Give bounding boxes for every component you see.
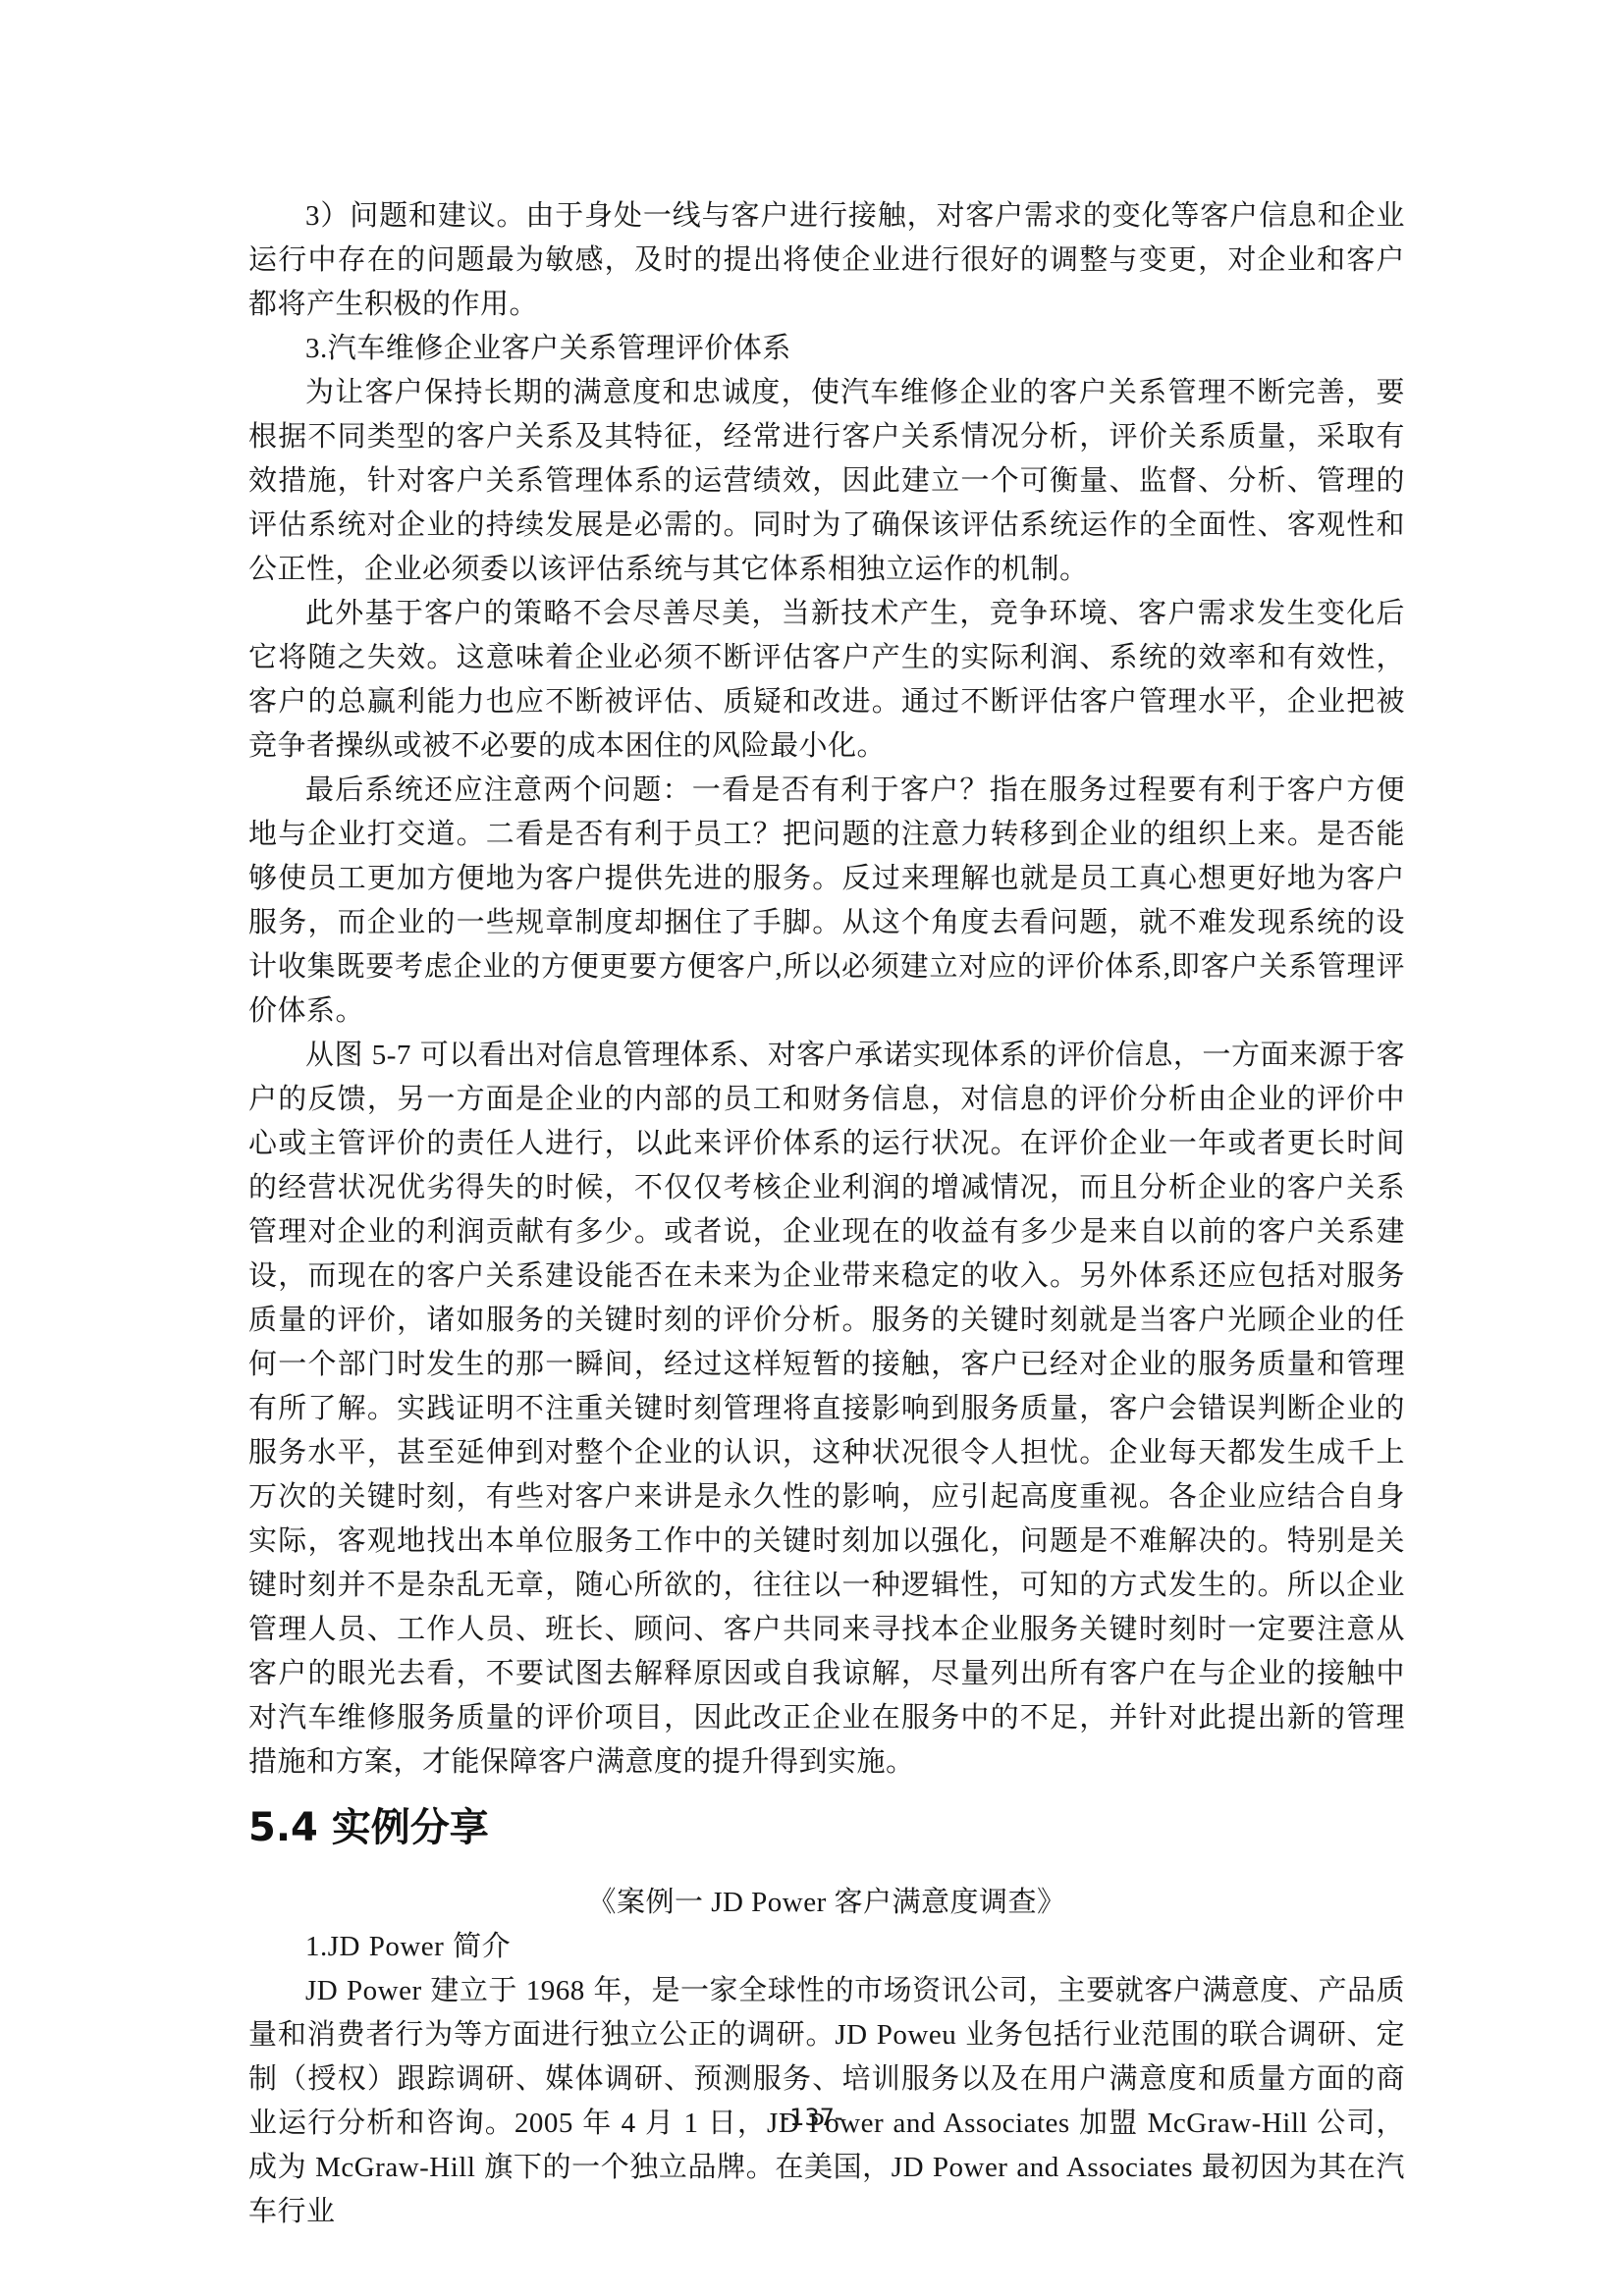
body-paragraph: 从图 5-7 可以看出对信息管理体系、对客户承诺实现体系的评价信息，一方面来源于… bbox=[248, 1034, 1405, 1785]
body-paragraph: 此外基于客户的策略不会尽善尽美，当新技术产生，竞争环境、客户需求发生变化后它将随… bbox=[248, 592, 1405, 769]
section-heading: 5.4 实例分享 bbox=[248, 1804, 1405, 1851]
body-paragraph: 最后系统还应注意两个问题：一看是否有利于客户？指在服务过程要有利于客户方便地与企… bbox=[248, 769, 1405, 1034]
case-paragraph: JD Power 建立于 1968 年，是一家全球性的市场资讯公司，主要就客户满… bbox=[248, 1969, 1405, 2234]
page-content: 3）问题和建议。由于身处一线与客户进行接触，对客户需求的变化等客户信息和企业运行… bbox=[248, 194, 1405, 2234]
case-study-title: 《案例一 JD Power 客户满意度调查》 bbox=[248, 1881, 1405, 1925]
case-intro-heading: 1.JD Power 简介 bbox=[248, 1925, 1405, 1969]
document-page: 3）问题和建议。由于身处一线与客户进行接触，对客户需求的变化等客户信息和企业运行… bbox=[0, 0, 1624, 2296]
body-paragraph: 3）问题和建议。由于身处一线与客户进行接触，对客户需求的变化等客户信息和企业运行… bbox=[248, 194, 1405, 327]
subsection-title: 3.汽车维修企业客户关系管理评价体系 bbox=[248, 327, 1405, 371]
page-number: -137- bbox=[0, 2104, 1624, 2131]
body-paragraph: 为让客户保持长期的满意度和忠诚度，使汽车维修企业的客户关系管理不断完善，要根据不… bbox=[248, 371, 1405, 592]
